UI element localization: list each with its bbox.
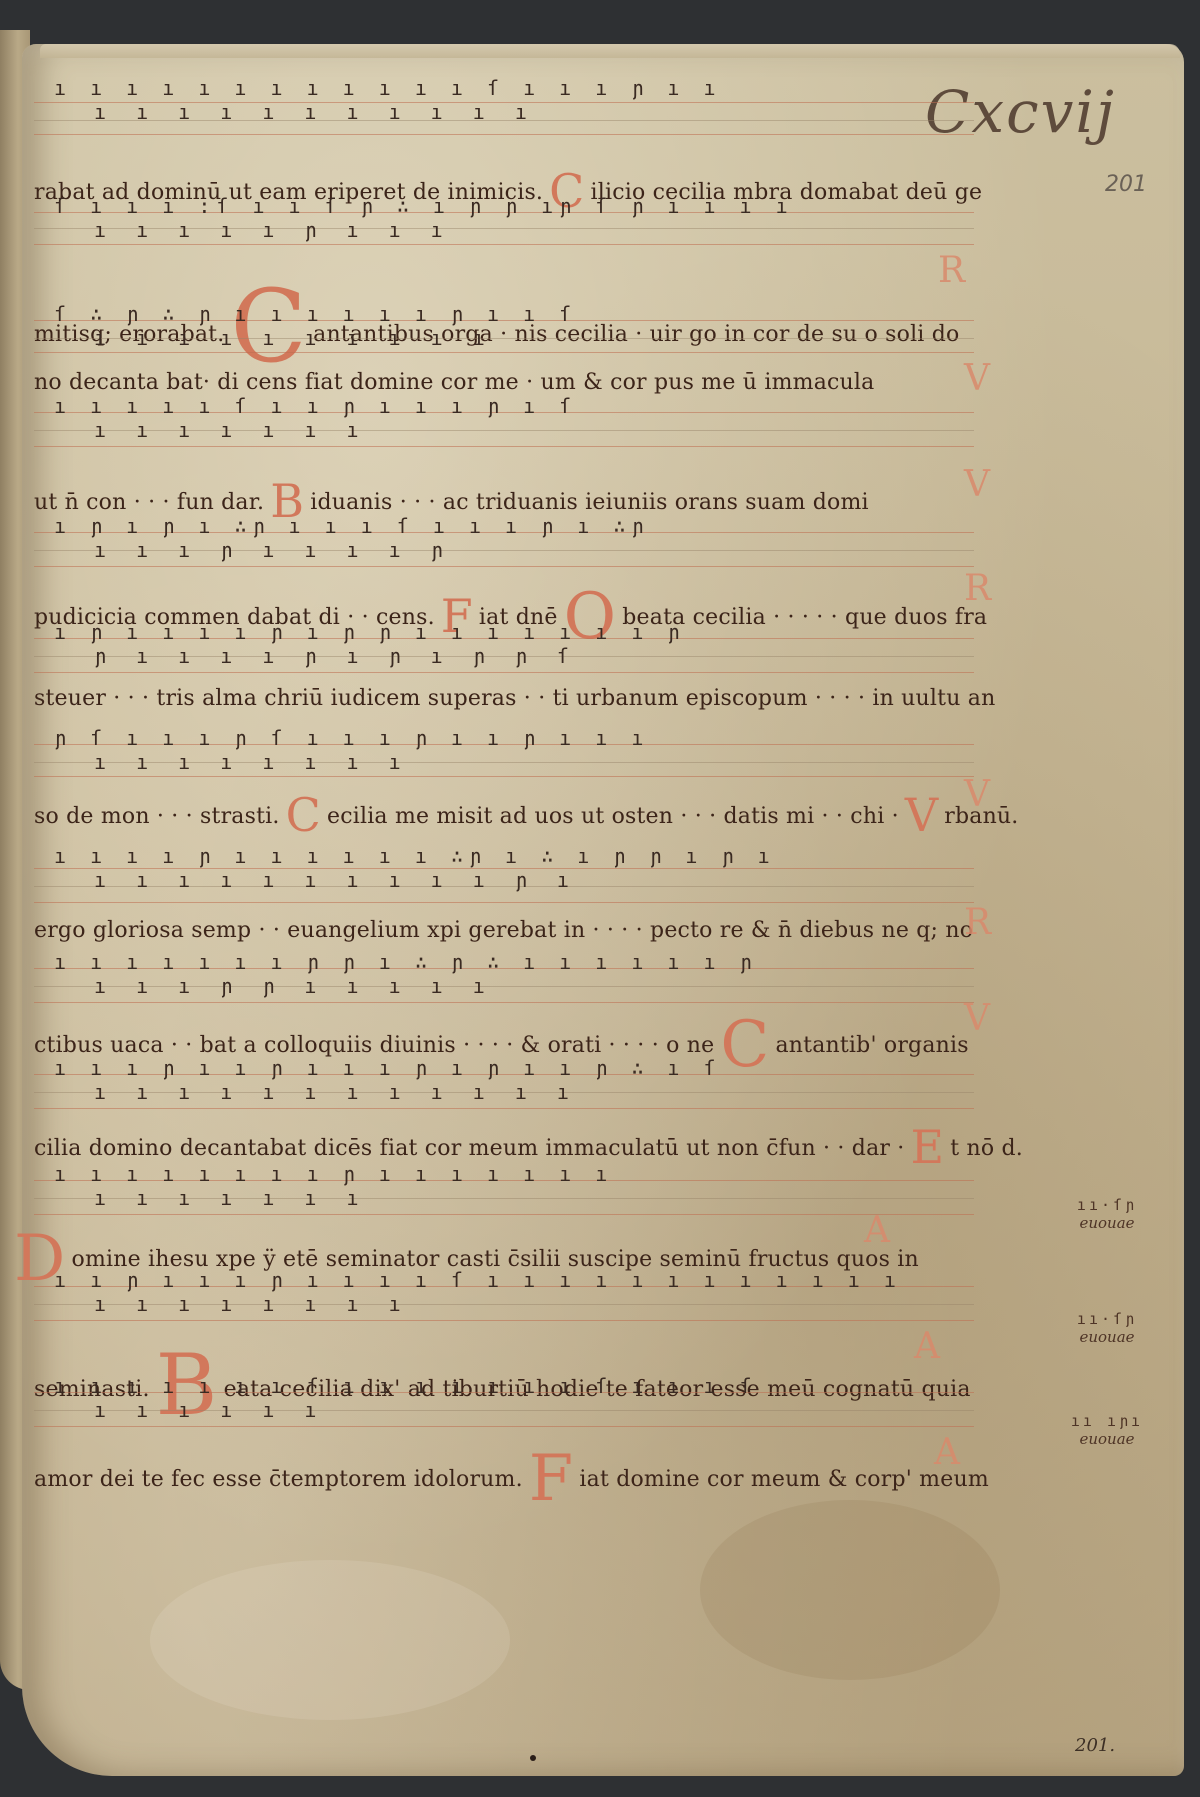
rubric-mark: A [934,1432,960,1473]
rubric-mark: R [964,568,991,609]
folio-number-pencil: 201 [1105,172,1147,197]
text-line: so de mon · · · strasti.Cecilia me misit… [34,788,1019,842]
rubric-mark: R [938,250,965,291]
margin-neumes: ıı·ſɲ [1062,1196,1152,1214]
rubric-mark: V [964,998,990,1039]
red-initial: C [286,788,321,842]
parchment-stain [700,1500,1000,1680]
neume-row: ſ ı ı ı :ſ ı ı ſ ɲ ∴ ı ɲ ɲ ıɲ ſ ɲ ı ı ı … [54,196,954,246]
rubric-mark: A [864,1210,890,1251]
red-initial: V [905,788,938,842]
parchment-highlight [150,1560,510,1720]
margin-differentia-2: ıı·ſɲ euouae [1062,1310,1152,1346]
neume-row: ı ɲ ı ı ı ı ɲ ı ɲ ɲ ı ı ı ı ı ı ı ɲɲ ı ı… [54,622,954,672]
neume-row: ı ɲ ı ɲ ı ∴ɲ ı ı ı ſ ı ı ı ɲ ı ∴ɲı ı ı ɲ… [54,516,954,566]
rubric-mark: V [964,774,990,815]
rubric-mark: R [964,902,991,943]
margin-euouae: euouae [1062,1328,1152,1346]
ink-dot [530,1755,536,1761]
red-initial-large: F [529,1442,574,1516]
margin-differentia-3: ıı ıɲı euouae [1062,1412,1152,1448]
neume-row: ı ı ı ı ɲ ı ı ı ı ı ı ∴ɲ ı ∴ ı ɲ ɲ ı ɲ ı… [54,846,954,896]
margin-neumes: ıı·ſɲ [1062,1310,1152,1328]
text-line: steuer · · · tris alma chriū iudicem sup… [34,686,995,711]
neume-row: ı ı ı ı ı ſ ı ı ɲ ı ı ı ɲ ı ſı ı ı ı ı ı… [54,396,954,446]
neume-row: ı ı ı ı ı ı ı ı ɲ ı ı ı ı ı ı ıı ı ı ı ı… [54,1164,954,1214]
text-line: ergo gloriosa semp · · euangelium xpi ge… [34,918,973,943]
margin-differentia-1: ıı·ſɲ euouae [1062,1196,1152,1232]
rubric-mark: V [964,464,990,505]
neume-row: ɲ ſ ı ı ı ɲ ſ ı ı ı ɲ ı ı ɲ ı ı ıı ı ı ı… [54,728,954,778]
neume-row: ſ ∴ ɲ ∴ ɲ ı ı ı ı ı ı ɲ ı ı ſı ı ı ı ı ı… [54,304,954,354]
neume-row: ı ı ı ɲ ı ı ɲ ı ı ı ɲ ı ɲ ı ı ɲ ∴ ı ſı ı… [54,1058,954,1108]
folio-number-bottom: 201. [1075,1735,1115,1756]
neume-row: ı ı ı ı ı ı ı ı ı ı ı ı ſ ı ı ı ɲ ı ıı ı… [54,78,954,128]
margin-euouae: euouae [1062,1430,1152,1448]
margin-neumes: ıı ıɲı [1062,1412,1152,1430]
neume-row: ı ı ı ı ı ı ı ɲ ɲ ı ∴ ɲ ∴ ı ı ı ı ı ı ɲı… [54,952,954,1002]
text-line: amor dei te fec esse c̄temptorem idoloru… [34,1442,989,1516]
rubric-mark: A [914,1326,940,1367]
neume-row: ı ı ɲ ı ı ı ɲ ı ı ı ı ſ ı ı ı ı ı ı ı ı … [54,1270,954,1320]
margin-euouae: euouae [1062,1214,1152,1232]
folio-top-edge [40,44,1180,58]
neume-row: ı ı ı ı ı ı ı ſ ı ı ı ı ı ı ı ſ ı ı ı ſı… [54,1376,954,1426]
